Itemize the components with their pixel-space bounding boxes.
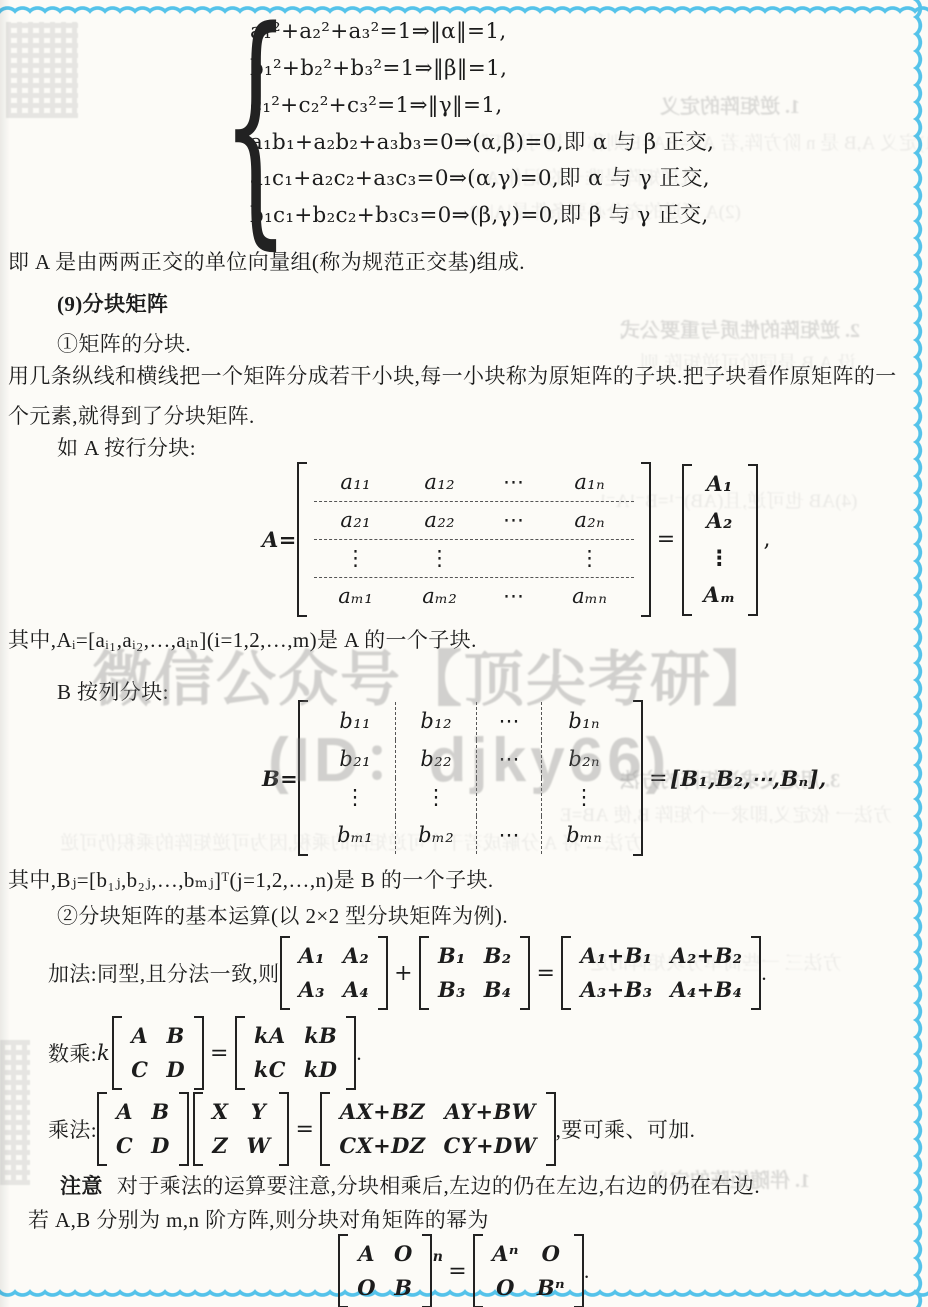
matrix-b-equation: B= b₁₁ b₁₂ ⋯ b₁ₙ b₂₁ b₂₂ ⋯ b₂ₙ ⋮ ⋮ ⋮ bbox=[262, 700, 827, 856]
matrix-cell: O bbox=[357, 1271, 376, 1305]
matrix-cell: AY+BW bbox=[443, 1095, 536, 1129]
matrix-cell: Aⁿ bbox=[492, 1237, 519, 1271]
matrix-b: b₁₁ b₁₂ ⋯ b₁ₙ b₂₁ b₂₂ ⋯ b₂ₙ ⋮ ⋮ ⋮ bₘ₁ bₘ… bbox=[298, 700, 643, 856]
matrix-cell: b₂₁ bbox=[315, 740, 396, 778]
block-entry: Aₘ bbox=[699, 577, 741, 614]
matrix-cell bbox=[477, 778, 542, 816]
equals-sign: = bbox=[536, 961, 555, 986]
addition-rule: 加法:同型,且分法一致,则 A₁ A₂ A₃ A₄ + B₁ B₂ B₃ B₄ … bbox=[48, 936, 767, 1010]
right-bracket bbox=[179, 1092, 189, 1166]
right-bracket bbox=[574, 1234, 584, 1307]
matrix-cell: kB bbox=[304, 1019, 338, 1053]
matrix-left-factor: A B C D bbox=[97, 1092, 189, 1166]
equals-sign: = bbox=[657, 527, 676, 552]
equation-line: b₁²+b₂²+b₃²=1⇒‖β‖=1, bbox=[250, 51, 714, 88]
matrix-cell: A₄ bbox=[343, 973, 369, 1007]
matrix-cell: A bbox=[357, 1237, 376, 1271]
equation-line: a₁b₁+a₂b₂+a₃b₃=0⇒(α,β)=0,即 α 与 β 正交, bbox=[250, 125, 714, 162]
paragraph-subblock-a: 其中,Aᵢ=[aᵢ₁,aᵢ₂,…,aᵢₙ](i=1,2,…,m)是 A 的一个子… bbox=[8, 620, 477, 660]
matrix-cell: b₂₂ bbox=[396, 740, 477, 778]
matrix-cell: A bbox=[131, 1019, 148, 1053]
matrix-cell: ⋯ bbox=[477, 702, 542, 740]
left-bracket bbox=[320, 1092, 330, 1166]
matrix-cell: A₁+B₁ bbox=[580, 939, 652, 973]
matrix-cell: b₂ₙ bbox=[542, 740, 626, 778]
matrix-cell: D bbox=[151, 1129, 170, 1163]
right-bracket bbox=[422, 1234, 432, 1307]
matrix-cell: A₁ bbox=[299, 939, 325, 973]
qr-code-bleedthrough-bottom bbox=[0, 1040, 30, 1185]
matrix-cell: B bbox=[151, 1095, 170, 1129]
matrix-cell: a₁₂ bbox=[398, 464, 482, 501]
matrix-cell: A₃ bbox=[299, 973, 325, 1007]
exponent-n: n bbox=[433, 1249, 444, 1265]
matrix-cell: ⋯ bbox=[482, 578, 546, 615]
scalar-k: k bbox=[97, 1041, 110, 1065]
matrix-cell: CY+DW bbox=[443, 1129, 536, 1163]
multiplication-label: 乘法: bbox=[48, 1114, 97, 1144]
left-bracket bbox=[561, 936, 571, 1010]
addition-label: 加法:同型,且分法一致,则 bbox=[48, 958, 280, 988]
matrix-cell: D bbox=[166, 1053, 185, 1087]
block-diagonal-power-matrix: Aⁿ O O Bⁿ bbox=[473, 1234, 584, 1307]
note-label: 注意 bbox=[60, 1174, 103, 1198]
paragraph-conclusion: 即 A 是由两两正交的单位向量组(称为规范正交基)组成. bbox=[8, 242, 525, 282]
left-bracket bbox=[297, 462, 307, 617]
right-bracket bbox=[279, 1092, 289, 1166]
block-entry: A₁ bbox=[699, 466, 741, 503]
matrix-cell: A₂+B₂ bbox=[670, 939, 742, 973]
equation-line: b₁c₁+b₂c₂+b₃c₃=0⇒(β,γ)=0,即 β 与 γ 正交, bbox=[250, 198, 714, 235]
matrix-cell: A bbox=[116, 1095, 133, 1129]
matrix-cell: a₁ₙ bbox=[546, 464, 634, 501]
right-bracket bbox=[748, 464, 758, 616]
matrix-cell: b₁₁ bbox=[315, 702, 396, 740]
matrix-cell: B₄ bbox=[484, 973, 512, 1007]
right-bracket bbox=[546, 1092, 556, 1166]
matrix-cell: O bbox=[394, 1237, 413, 1271]
matrix-cell: ⋮ bbox=[542, 778, 626, 816]
matrix-cell: B₃ bbox=[438, 973, 466, 1007]
equals-sign: = bbox=[210, 1041, 229, 1066]
matrix-cell: C bbox=[116, 1129, 133, 1163]
multiplication-suffix: ,要可乘、可加. bbox=[556, 1114, 696, 1144]
left-bracket bbox=[193, 1092, 203, 1166]
equals-sign: = bbox=[448, 1259, 467, 1284]
matrix-cell: ⋮ bbox=[314, 540, 398, 577]
left-bracket bbox=[419, 936, 429, 1010]
left-bracket bbox=[112, 1016, 122, 1090]
scaled-matrix: kA kB kC kD bbox=[235, 1016, 357, 1090]
matrix-cell: bₘ₁ bbox=[315, 816, 396, 854]
equation-line: c₁²+c₂²+c₃²=1⇒‖γ‖=1, bbox=[250, 88, 714, 125]
matrix-a: a₁₁ a₁₂ ⋯ a₁ₙ a₂₁ a₂₂ ⋯ a₂ₙ ⋮ ⋮ ⋮ aₘ₁ aₘ… bbox=[297, 462, 651, 617]
matrix-cell: B₂ bbox=[484, 939, 512, 973]
paragraph-row-partition-intro: 如 A 按行分块: bbox=[57, 428, 196, 468]
matrix-right-factor: X Y Z W bbox=[193, 1092, 290, 1166]
matrix-cell: B bbox=[394, 1271, 413, 1305]
matrix-abcd: A B C D bbox=[112, 1016, 204, 1090]
matrix-cell: B bbox=[166, 1019, 185, 1053]
equals-sign: = bbox=[295, 1117, 314, 1142]
right-bracket bbox=[751, 936, 761, 1010]
matrix-cell: b₁₂ bbox=[396, 702, 477, 740]
matrix-a-lhs: A= bbox=[262, 527, 297, 552]
right-bracket bbox=[520, 936, 530, 1010]
equation-line: a₁c₁+a₂c₂+a₃c₃=0⇒(α,γ)=0,即 α 与 γ 正交, bbox=[250, 161, 714, 198]
right-bracket bbox=[194, 1016, 204, 1090]
left-bracket bbox=[473, 1234, 483, 1307]
matrix-cell: W bbox=[247, 1129, 271, 1163]
period: . bbox=[584, 1259, 590, 1284]
matrix-cell: ⋮ bbox=[398, 540, 482, 577]
matrix-cell: kD bbox=[304, 1053, 338, 1087]
plus-sign: + bbox=[394, 961, 413, 986]
matrix-cell: ⋮ bbox=[396, 778, 477, 816]
equals-sign: = bbox=[649, 766, 668, 791]
right-bracket bbox=[641, 462, 651, 617]
paragraph-col-partition-intro: B 按列分块: bbox=[57, 672, 169, 712]
right-wavy-border bbox=[913, 0, 924, 1307]
trailing-comma: , bbox=[764, 527, 771, 552]
matrix-cell: Y bbox=[247, 1095, 271, 1129]
matrix-cell: bₘₙ bbox=[542, 816, 626, 854]
matrix-b-lhs: B= bbox=[262, 766, 298, 791]
block-row-list: [B₁,B₂,⋯,Bₙ], bbox=[670, 766, 827, 791]
right-bracket bbox=[633, 700, 643, 856]
power-formula: A O O B n = Aⁿ O O Bⁿ . bbox=[0, 1234, 928, 1307]
product-matrix: AX+BZ AY+BW CX+DZ CY+DW bbox=[320, 1092, 555, 1166]
matrix-cell: ⋯ bbox=[477, 740, 542, 778]
left-bracket bbox=[235, 1016, 245, 1090]
block-entry: ⋮ bbox=[699, 540, 741, 577]
period: . bbox=[356, 1041, 362, 1066]
matrix-cell: AX+BZ bbox=[339, 1095, 425, 1129]
left-bracket bbox=[298, 700, 308, 856]
ghost-text: 2. 逆矩阵的性质与重要公式 bbox=[620, 314, 860, 343]
matrix-cell: ⋯ bbox=[477, 816, 542, 854]
left-bracket bbox=[280, 936, 290, 1010]
matrix-cell: A₄+B₄ bbox=[670, 973, 742, 1007]
block-diagonal-matrix: A O O B bbox=[338, 1234, 431, 1307]
matrix-cell: ⋯ bbox=[482, 502, 546, 539]
orthonormal-condition-system: { a₁²+a₂²+a₃²=1⇒‖α‖=1, b₁²+b₂²+b₃²=1⇒‖β‖… bbox=[222, 12, 714, 237]
matrix-a-blocks: A₁ A₂ A₃ A₄ bbox=[280, 936, 389, 1010]
matrix-cell: A₃+B₃ bbox=[580, 973, 652, 1007]
matrix-cell: aₘₙ bbox=[546, 578, 634, 615]
matrix-cell: a₂₂ bbox=[398, 502, 482, 539]
matrix-cell: ⋮ bbox=[546, 540, 634, 577]
paragraph-subblock-b: 其中,Bⱼ=[b₁ⱼ,b₂ⱼ,…,bₘⱼ]ᵀ(j=1,2,…,n)是 B 的一个… bbox=[8, 860, 494, 900]
matrix-a-equation: A= a₁₁ a₁₂ ⋯ a₁ₙ a₂₁ a₂₂ ⋯ a₂ₙ ⋮ ⋮ ⋮ bbox=[262, 462, 777, 617]
left-bracket bbox=[97, 1092, 107, 1166]
matrix-cell: a₂₁ bbox=[314, 502, 398, 539]
note-text: 对于乘法的运算要注意,分块相乘后,左边的仍在左边,右边的仍在右边. bbox=[117, 1174, 760, 1198]
matrix-cell: O bbox=[492, 1271, 519, 1305]
matrix-cell: ⋮ bbox=[315, 778, 396, 816]
matrix-cell: X bbox=[212, 1095, 229, 1129]
matrix-cell: A₂ bbox=[343, 939, 369, 973]
left-bracket bbox=[338, 1234, 348, 1307]
matrix-cell: Bⁿ bbox=[537, 1271, 565, 1305]
left-curly-brace: { bbox=[222, 12, 241, 237]
paragraph-partition-desc: 用几条纵线和横线把一个矩阵分成若干小块,每一小块称为原矩阵的子块.把子块看作原矩… bbox=[8, 356, 910, 436]
matrix-b-blocks: B₁ B₂ B₃ B₄ bbox=[419, 936, 531, 1010]
matrix-cell: bₘ₂ bbox=[396, 816, 477, 854]
block-entry: A₂ bbox=[699, 503, 741, 540]
right-bracket bbox=[346, 1016, 356, 1090]
matrix-cell: kC bbox=[254, 1053, 286, 1087]
block-column-vector: A₁ A₂ ⋮ Aₘ bbox=[682, 464, 758, 616]
qr-code-bleedthrough-top bbox=[6, 22, 78, 118]
heading-block-matrix: (9)分块矩阵 bbox=[57, 284, 168, 324]
period: . bbox=[761, 961, 767, 986]
matrix-cell: Z bbox=[212, 1129, 229, 1163]
matrix-cell: aₘ₂ bbox=[398, 578, 482, 615]
sum-matrix: A₁+B₁ A₂+B₂ A₃+B₃ A₄+B₄ bbox=[561, 936, 761, 1010]
matrix-cell: kA bbox=[254, 1019, 286, 1053]
matrix-cell: C bbox=[131, 1053, 148, 1087]
matrix-cell: aₘ₁ bbox=[314, 578, 398, 615]
right-bracket bbox=[378, 936, 388, 1010]
matrix-cell: b₁ₙ bbox=[542, 702, 626, 740]
matrix-cell: a₂ₙ bbox=[546, 502, 634, 539]
scalar-rule: 数乘: k A B C D = kA kB kC kD . bbox=[48, 1016, 362, 1090]
matrix-cell: ⋯ bbox=[482, 464, 546, 501]
matrix-cell: O bbox=[537, 1237, 565, 1271]
equation-line: a₁²+a₂²+a₃²=1⇒‖α‖=1, bbox=[250, 14, 714, 51]
subheading-operations: ②分块矩阵的基本运算(以 2×2 型分块矩阵为例). bbox=[57, 896, 508, 936]
matrix-cell: CX+DZ bbox=[339, 1129, 425, 1163]
left-bracket bbox=[682, 464, 692, 616]
matrix-cell: B₁ bbox=[438, 939, 466, 973]
multiplication-rule: 乘法: A B C D X Y Z W = AX+BZ AY+BW CX+DZ … bbox=[48, 1092, 695, 1166]
matrix-cell bbox=[482, 540, 546, 577]
scalar-label: 数乘: bbox=[48, 1038, 97, 1068]
matrix-cell: a₁₁ bbox=[314, 464, 398, 501]
